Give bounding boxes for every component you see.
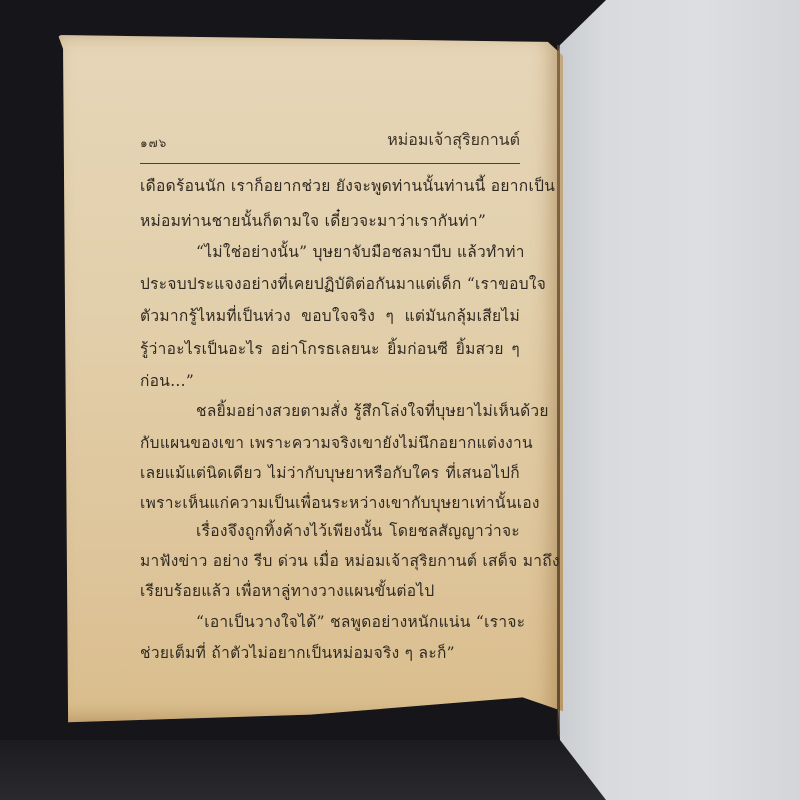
text-line: หม่อมท่านชายนั้นก็ตามใจ เดี๋ยวจะมาว่าเรา… bbox=[140, 208, 520, 232]
text-line: มาฟังข่าว อย่าง รีบ ด่วน เมื่อ หม่อมเจ้า… bbox=[140, 548, 520, 572]
facing-blank-page bbox=[556, 0, 800, 800]
page-header: ๑๗๖ หม่อมเจ้าสุริยกานต์ bbox=[140, 128, 520, 150]
text-line: เรื่องจึงถูกทิ้งค้างไว้เพียงนั้น โดยชลสั… bbox=[140, 518, 520, 542]
text-line: ชลยิ้มอย่างสวยตามสั่ง รู้สึกโล่งใจที่บุษ… bbox=[140, 398, 520, 422]
text-line: เลยแม้แต่นิดเดียว ไม่ว่ากับบุษยาหรือกับใ… bbox=[140, 460, 520, 484]
text-line: เรียบร้อยแล้ว เพื่อหาลู่ทางวางแผนขั้นต่อ… bbox=[140, 578, 520, 602]
text-line: กับแผนของเขา เพราะความจริงเขายังไม่นึกอย… bbox=[140, 430, 520, 454]
text-line: ก่อน...” bbox=[140, 368, 520, 392]
text-line: ประจบประแจงอย่างที่เคยปฏิบัติต่อกันมาแต่… bbox=[140, 271, 520, 295]
header-rule bbox=[140, 163, 520, 164]
page-number: ๑๗๖ bbox=[140, 134, 167, 153]
text-line: เดือดร้อนนัก เราก็อยากช่วย ยังจะพูดท่านน… bbox=[140, 173, 520, 197]
running-title: หม่อมเจ้าสุริยกานต์ bbox=[387, 128, 520, 153]
text-line: เพราะเห็นแก่ความเป็นเพื่อนระหว่างเขากับบ… bbox=[140, 490, 520, 514]
page-gutter-edge bbox=[557, 45, 560, 735]
text-line: “ไม่ใช่อย่างนั้น” บุษยาจับมือชลมาบีบ แล้… bbox=[140, 239, 520, 263]
text-line: ตัวมากรู้ไหมที่เป็นห่วง ขอบใจจริง ๆ แต่ม… bbox=[140, 303, 520, 327]
text-line: รู้ว่าอะไรเป็นอะไร อย่าโกรธเลยนะ ยิ้มก่อ… bbox=[140, 336, 520, 360]
text-line: “เอาเป็นวางใจได้” ชลพูดอย่างหนักแน่น “เร… bbox=[140, 609, 520, 633]
text-line: ช่วยเต็มที่ ถ้าตัวไม่อยากเป็นหม่อมจริง ๆ… bbox=[140, 640, 520, 664]
